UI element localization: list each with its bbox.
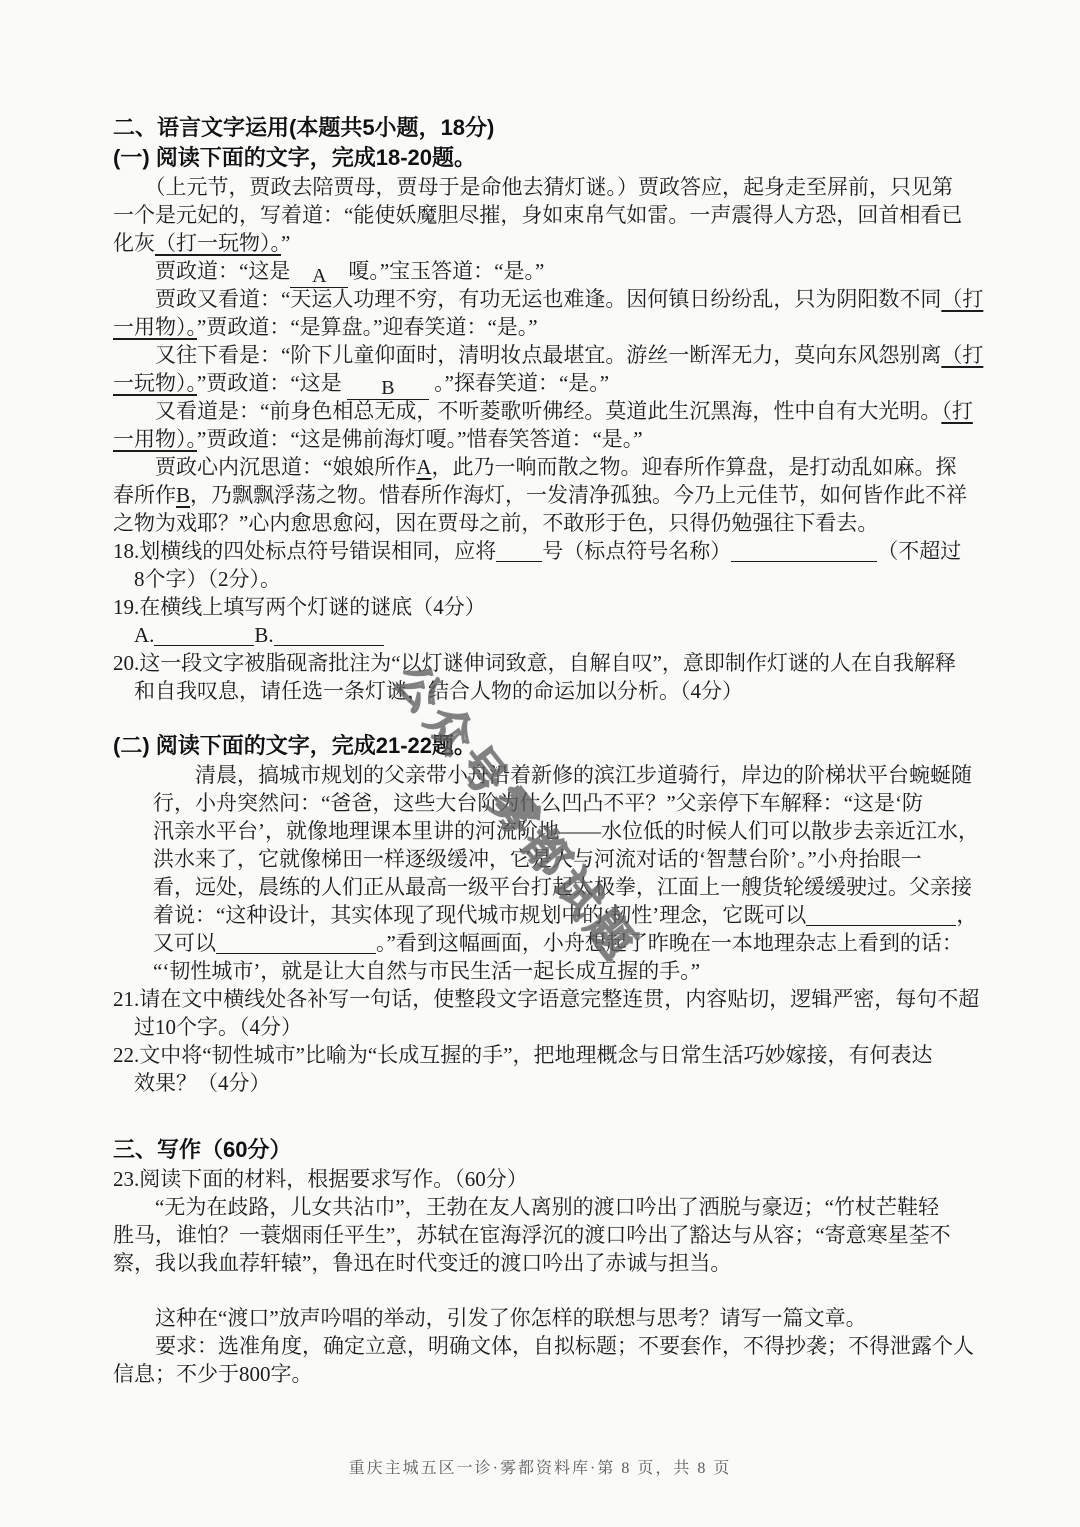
text-run: ，此乃一响而散之物。迎春所作算盘，是打动乱如麻。探 (432, 455, 957, 479)
text-run: ， (956, 903, 977, 927)
text-run: 又可以 (153, 931, 216, 955)
text-run: 着说：“这种设计，其实体现了现代城市规划中的‘韧性’理念，它既可以 (153, 903, 806, 927)
text-run: 号（标点符号名称） (542, 539, 731, 563)
question-21: 21.请在文中横线处各补写一句话，使整段文字语意完整连贯，内容贴切，逻辑严密，每… (113, 985, 965, 1041)
text-run: 洪水来了，它就像梯田一样逐级缓冲，它是人与河流对话的‘智慧台阶’。”小舟抬眼一 (153, 847, 922, 871)
passage-1-paragraph-5: 又看道是：“前身色相总无成，不听菱歌听佛经。莫道此生沉黑海，性中自有大光明。（打… (113, 397, 965, 453)
text-run: 信息；不少于800字。 (113, 1362, 313, 1386)
text-line: 贾政道：“这是A嗄。”宝玉答道：“是。” (113, 257, 965, 285)
text-run: 贾政又看道：“天运人功理不穷，有功无运也难逢。因何镇日纷纷乱，只为阴阳数不同 (113, 287, 941, 311)
text-run: 一个是元妃的，写着道：“能使妖魔胆尽摧，身如束帛气如雷。一声震得人方恐，回首相看… (113, 203, 962, 227)
underlined-text-run: A (416, 455, 431, 479)
text-line: 又往下看是：“阶下儿童仰面时，清明妆点最堪宜。游丝一断浑无力，莫向东风怨别离（打 (113, 341, 965, 369)
part-1-heading: (一) 阅读下面的文字，完成18-20题。 (113, 143, 965, 173)
text-run: A. (113, 623, 154, 647)
text-run: 贾政心内沉思道：“娘娘所作 (113, 455, 416, 479)
text-line: 行，小舟突然问：“爸爸，这些大台阶为什么凹凸不平？”父亲停下车解释：“这是‘防 (153, 789, 965, 817)
text-line: 贾政又看道：“天运人功理不穷，有功无运也难逢。因何镇日纷纷乱，只为阴阳数不同（打 (113, 285, 965, 313)
passage-2: 清晨，搞城市规划的父亲带小舟沿着新修的滨江步道骑行，岸边的阶梯状平台蜿蜒随行，小… (113, 761, 965, 985)
answer-blank (274, 624, 384, 646)
text-run: 23.阅读下面的材料，根据要求写作。（60分） (113, 1167, 528, 1191)
underlined-text-run: （打一玩物）。 (155, 231, 281, 255)
text-line: 胜马，谁怕？一蓑烟雨任平生”，苏轼在宦海浮沉的渡口吟出了豁达与从容；“寄意寒星荃… (113, 1221, 965, 1249)
text-line: 信息；不少于800字。 (113, 1360, 965, 1388)
text-run: 贾政道：“这是 (113, 259, 290, 283)
text-line: 一个是元妃的，写着道：“能使妖魔胆尽摧，身如束帛气如雷。一声震得人方恐，回首相看… (113, 201, 965, 229)
text-line: 8个字）（2分）。 (113, 565, 965, 593)
text-run: “无为在歧路，儿女共沾巾”，王勃在友人离别的渡口吟出了洒脱与豪迈；“竹杖芒鞋轻 (113, 1195, 939, 1219)
text-run: 过10个字。（4分） (113, 1015, 302, 1039)
text-line: 和自我叹息，请任选一条灯谜，结合人物的命运加以分析。（4分） (113, 677, 965, 705)
passage-1-paragraph-3: 贾政又看道：“天运人功理不穷，有功无运也难逢。因何镇日纷纷乱，只为阴阳数不同（打… (113, 285, 965, 341)
text-line: A.B. (113, 621, 965, 649)
text-run: 这种在“渡口”放声吟唱的举动，引发了你怎样的联想与思考？请写一篇文章。 (113, 1306, 867, 1330)
text-run: 清晨，搞城市规划的父亲带小舟沿着新修的滨江步道骑行，岸边的阶梯状平台蜿蜒随 (153, 763, 972, 787)
text-line: 清晨，搞城市规划的父亲带小舟沿着新修的滨江步道骑行，岸边的阶梯状平台蜿蜒随 (153, 761, 965, 789)
text-line: 春所作B，乃飘飘浮荡之物。惜春所作海灯，一发清净孤独。今乃上元佳节，如何皆作此不… (113, 481, 965, 509)
text-line: 要求：选准角度，确定立意，明确文体，自拟标题；不要套作，不得抄袭；不得泄露个人 (113, 1332, 965, 1360)
underlined-text-run: 一用物）。 (113, 315, 197, 339)
text-line: 又可以。”看到这幅画面，小舟想起了昨晚在一本地理杂志上看到的话： (153, 929, 965, 957)
underlined-text-run: B (176, 483, 190, 507)
text-line: 察，我以我血荐轩辕”，鲁迅在时代变迁的渡口吟出了赤诚与担当。 (113, 1249, 965, 1277)
text-line: 汛亲水平台’，就像地理课本里讲的河流阶地——水位低的时候人们可以散步去亲近江水， (153, 817, 965, 845)
text-line: 19.在横线上填写两个灯谜的谜底（4分） (113, 593, 965, 621)
text-line: 一玩物）。”贾政道：“这是 B 。”探春笑道：“是。” (113, 369, 965, 397)
text-line: 过10个字。（4分） (113, 1013, 965, 1041)
text-run: ”贾政道：“这是 (197, 371, 347, 395)
question-18: 18.划横线的四处标点符号错误相同，应将号（标点符号名称）（不超过 8个字）（2… (113, 537, 965, 593)
text-run: （上元节，贾政去陪贾母，贾母于是命他去猜灯谜。）贾政答应，起身走至屏前，只见第 (113, 175, 953, 199)
passage-1-paragraph-4: 又往下看是：“阶下儿童仰面时，清明妆点最堪宜。游丝一断浑无力，莫向东风怨别离（打… (113, 341, 965, 397)
section-2-heading: 二、语言文字运用(本题共5小题，18分) (113, 113, 965, 143)
text-line: 20.这一段文字被脂砚斋批注为“以灯谜伸词致意，自解自叹”，意即制作灯谜的人在自… (113, 649, 965, 677)
text-run: ”贾政道：“是算盘。”迎春笑道：“是。” (197, 315, 538, 339)
text-run: ” (281, 231, 290, 255)
text-line: （上元节，贾政去陪贾母，贾母于是命他去猜灯谜。）贾政答应，起身走至屏前，只见第 (113, 173, 965, 201)
text-run: 20.这一段文字被脂砚斋批注为“以灯谜伸词致意，自解自叹”，意即制作灯谜的人在自… (113, 651, 956, 675)
text-line: 贾政心内沉思道：“娘娘所作A，此乃一响而散之物。迎春所作算盘，是打动乱如麻。探 (113, 453, 965, 481)
text-line: 一用物）。”贾政道：“这是佛前海灯嗄。”惜春笑答道：“是。” (113, 425, 965, 453)
text-run: 看，远处，晨练的人们正从最高一级平台打起太极拳，江面上一艘货轮缓缓驶过。父亲接 (153, 875, 972, 899)
text-run: 要求：选准角度，确定立意，明确文体，自拟标题；不要套作，不得抄袭；不得泄露个人 (113, 1334, 974, 1358)
question-20: 20.这一段文字被脂砚斋批注为“以灯谜伸词致意，自解自叹”，意即制作灯谜的人在自… (113, 649, 965, 705)
text-line: 化灰（打一玩物）。” (113, 229, 965, 257)
text-run: 春所作 (113, 483, 176, 507)
text-run: 行，小舟突然问：“爸爸，这些大台阶为什么凹凸不平？”父亲停下车解释：“这是‘防 (153, 791, 923, 815)
text-run: （不超过 (877, 539, 961, 563)
text-run: 汛亲水平台’，就像地理课本里讲的河流阶地——水位低的时候人们可以散步去亲近江水， (153, 819, 979, 843)
text-run: 22.文中将“韧性城市”比喻为“长成互握的手”，把地理概念与日常生活巧妙嫁接，有… (113, 1043, 933, 1067)
writing-requirements: 要求：选准角度，确定立意，明确文体，自拟标题；不要套作，不得抄袭；不得泄露个人信… (113, 1332, 965, 1388)
passage-1-paragraph-6: 贾政心内沉思道：“娘娘所作A，此乃一响而散之物。迎春所作算盘，是打动乱如麻。探春… (113, 453, 965, 537)
text-run: “‘韧性城市’，就是让大自然与市民生活一起长成互握的手。” (153, 959, 700, 983)
answer-blank (806, 904, 956, 926)
section-3-heading: 三、写作（60分） (113, 1135, 965, 1165)
passage-1-paragraph-2: 贾政道：“这是A嗄。”宝玉答道：“是。” (113, 257, 965, 285)
text-run: 21.请在文中横线处各补写一句话，使整段文字语意完整连贯，内容贴切，逻辑严密，每… (113, 987, 979, 1011)
text-line: 洪水来了，它就像梯田一样逐级缓冲，它是人与河流对话的‘智慧台阶’。”小舟抬眼一 (153, 845, 965, 873)
part-2-heading: (二) 阅读下面的文字，完成21-22题。 (113, 731, 965, 761)
question-22: 22.文中将“韧性城市”比喻为“长成互握的手”，把地理概念与日常生活巧妙嫁接，有… (113, 1041, 965, 1097)
text-line: 效果？（4分） (113, 1069, 965, 1097)
writing-prompt: 这种在“渡口”放声吟唱的举动，引发了你怎样的联想与思考？请写一篇文章。 (113, 1304, 965, 1332)
answer-blank (731, 540, 877, 562)
underlined-text-run: （打 (941, 343, 983, 367)
text-run: 嗄。”宝玉答道：“是。” (348, 259, 544, 283)
text-run: 19.在横线上填写两个灯谜的谜底（4分） (113, 595, 486, 619)
passage-1-paragraph-1: （上元节，贾政去陪贾母，贾母于是命他去猜灯谜。）贾政答应，起身走至屏前，只见第一… (113, 173, 965, 257)
text-line: 18.划横线的四处标点符号错误相同，应将号（标点符号名称）（不超过 (113, 537, 965, 565)
answer-blank (216, 932, 376, 954)
text-run: 之物为戏耶？”心内愈思愈闷，因在贾母之前，不敢形于色，只得仍勉强往下看去。 (113, 511, 878, 535)
writing-material: “无为在歧路，儿女共沾巾”，王勃在友人离别的渡口吟出了洒脱与豪迈；“竹杖芒鞋轻胜… (113, 1193, 965, 1277)
text-line: 23.阅读下面的材料，根据要求写作。（60分） (113, 1165, 965, 1193)
underlined-text-run: 一用物）。 (113, 427, 197, 451)
text-line: 看，远处，晨练的人们正从最高一级平台打起太极拳，江面上一艘货轮缓缓驶过。父亲接 (153, 873, 965, 901)
underlined-text-run: （打 (941, 287, 983, 311)
text-run: B. (254, 623, 273, 647)
text-run: 。”看到这幅画面，小舟想起了昨晚在一本地理杂志上看到的话： (376, 931, 963, 955)
text-line: “无为在歧路，儿女共沾巾”，王勃在友人离别的渡口吟出了洒脱与豪迈；“竹杖芒鞋轻 (113, 1193, 965, 1221)
text-line: 一用物）。”贾政道：“是算盘。”迎春笑道：“是。” (113, 313, 965, 341)
question-23: 23.阅读下面的材料，根据要求写作。（60分） (113, 1165, 965, 1193)
text-line: “‘韧性城市’，就是让大自然与市民生活一起长成互握的手。” (153, 957, 965, 985)
question-19: 19.在横线上填写两个灯谜的谜底（4分） A.B. (113, 593, 965, 649)
answer-blank (154, 624, 254, 646)
text-line: 21.请在文中横线处各补写一句话，使整段文字语意完整连贯，内容贴切，逻辑严密，每… (113, 985, 965, 1013)
text-line: 着说：“这种设计，其实体现了现代城市规划中的‘韧性’理念，它既可以， (153, 901, 965, 929)
text-run: 胜马，谁怕？一蓑烟雨任平生”，苏轼在宦海浮沉的渡口吟出了豁达与从容；“寄意寒星荃… (113, 1223, 951, 1247)
text-run: 化灰 (113, 231, 155, 255)
text-run: 察，我以我血荐轩辕”，鲁迅在时代变迁的渡口吟出了赤诚与担当。 (113, 1251, 731, 1275)
text-run: 又看道是：“前身色相总无成，不听菱歌听佛经。莫道此生沉黑海，性中自有大光明。 (113, 399, 941, 423)
text-line: 又看道是：“前身色相总无成，不听菱歌听佛经。莫道此生沉黑海，性中自有大光明。（打 (113, 397, 965, 425)
text-run: 8个字）（2分）。 (113, 567, 281, 591)
text-run: 效果？（4分） (113, 1071, 271, 1095)
text-line: 这种在“渡口”放声吟唱的举动，引发了你怎样的联想与思考？请写一篇文章。 (113, 1304, 965, 1332)
text-run: ”贾政道：“这是佛前海灯嗄。”惜春笑答道：“是。” (197, 427, 643, 451)
text-run: ，乃飘飘浮荡之物。惜春所作海灯，一发清净孤独。今乃上元佳节，如何皆作此不祥 (190, 483, 967, 507)
text-run: 又往下看是：“阶下儿童仰面时，清明妆点最堪宜。游丝一断浑无力，莫向东风怨别离 (113, 343, 941, 367)
underlined-text-run: 一玩物）。 (113, 371, 197, 395)
text-run: 18.划横线的四处标点符号错误相同，应将 (113, 539, 496, 563)
page-footer: 重庆主城五区一诊·雾都资料库·第 8 页，共 8 页 (0, 1455, 1080, 1478)
text-run: 和自我叹息，请任选一条灯谜，结合人物的命运加以分析。（4分） (113, 679, 743, 703)
text-line: 之物为戏耶？”心内愈思愈闷，因在贾母之前，不敢形于色，只得仍勉强往下看去。 (113, 509, 965, 537)
text-run: 。”探春笑道：“是。” (429, 371, 609, 395)
exam-page: 二、语言文字运用(本题共5小题，18分)(一) 阅读下面的文字，完成18-20题… (0, 0, 1080, 1527)
text-line: 22.文中将“韧性城市”比喻为“长成互握的手”，把地理概念与日常生活巧妙嫁接，有… (113, 1041, 965, 1069)
answer-blank (496, 540, 542, 562)
underlined-text-run: （打 (941, 399, 973, 423)
document-body: 二、语言文字运用(本题共5小题，18分)(一) 阅读下面的文字，完成18-20题… (113, 113, 965, 1388)
